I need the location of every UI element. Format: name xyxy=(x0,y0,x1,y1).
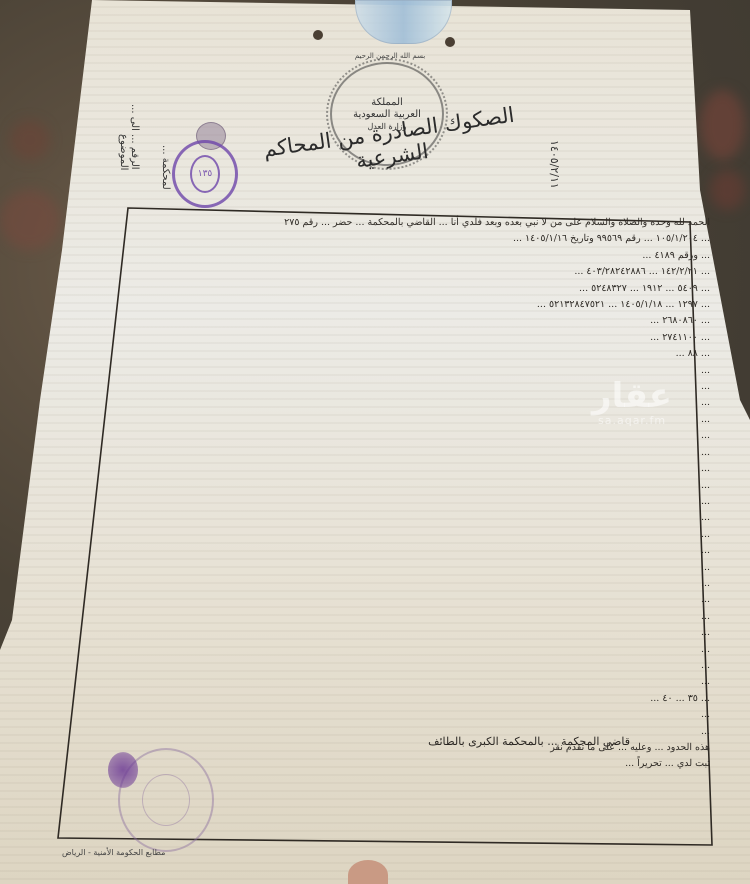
finger-holding-paper xyxy=(348,860,388,884)
body-line: ... xyxy=(70,674,710,690)
body-line: ... xyxy=(70,527,710,543)
aqar-url: sa.aqar.fm xyxy=(592,414,672,427)
body-line: ... xyxy=(70,461,710,477)
body-line: الحمد لله وحده والصلاة والسلام على من لا… xyxy=(70,215,710,231)
body-line: ... ٥٤٠٩ ... ١٩١٢ ... ٥٢٤٨٣٢٧ ... xyxy=(70,281,710,297)
body-line: ... ٨٨ ... xyxy=(70,346,710,362)
body-line: ... ٢٦٨٠٨٦٠ ... xyxy=(70,313,710,329)
aqar-logo: عقار xyxy=(592,378,672,414)
body-line: ... xyxy=(70,642,710,658)
body-line: ... xyxy=(70,428,710,444)
body-line: ... ٣٥ ... ٤٠ ... xyxy=(70,691,710,707)
deed-body-text: الحمد لله وحده والصلاة والسلام على من لا… xyxy=(70,215,710,775)
body-line: ... ٢٧٤١١٠٠ ... xyxy=(70,330,710,346)
body-line: ... ١٠٥/١/٢٠٤ ... رقم ٩٩٥٦٩ وتاريخ ١٤٠٥/… xyxy=(70,231,710,247)
body-line: ... xyxy=(70,592,710,608)
judge-signature: قاضي المحكمة ... بالمحكمة الكبرى بالطائف xyxy=(210,735,630,748)
body-line: ... ١٤٢/٢/٢١ ... ٤٠٣/٢٨٢٤٢٨٨٦ ... xyxy=(70,264,710,280)
printer-footer: مطابع الحكومة الأمنية - الرياض xyxy=(62,848,165,857)
body-line: ... xyxy=(70,658,710,674)
body-line: ... ١٢٩٧ ... ١٤٠٥/١/١٨ ... ٥٢١٣٢٨٤٧٥٢١ .… xyxy=(70,297,710,313)
body-line: ... xyxy=(70,478,710,494)
body-line: ... xyxy=(70,494,710,510)
aqar-watermark: عقار sa.aqar.fm xyxy=(592,378,672,427)
body-line: ... xyxy=(70,707,710,723)
body-line: ... xyxy=(70,445,710,461)
court-seal-center xyxy=(142,774,190,826)
body-line: ... ورقم ٤١٨٩ ... xyxy=(70,248,710,264)
thumbprint xyxy=(108,752,138,788)
body-line: ... xyxy=(70,510,710,526)
body-line: ... xyxy=(70,576,710,592)
body-line: ... xyxy=(70,625,710,641)
body-line: ... xyxy=(70,609,710,625)
body-line: ... xyxy=(70,543,710,559)
body-line: ... xyxy=(70,560,710,576)
